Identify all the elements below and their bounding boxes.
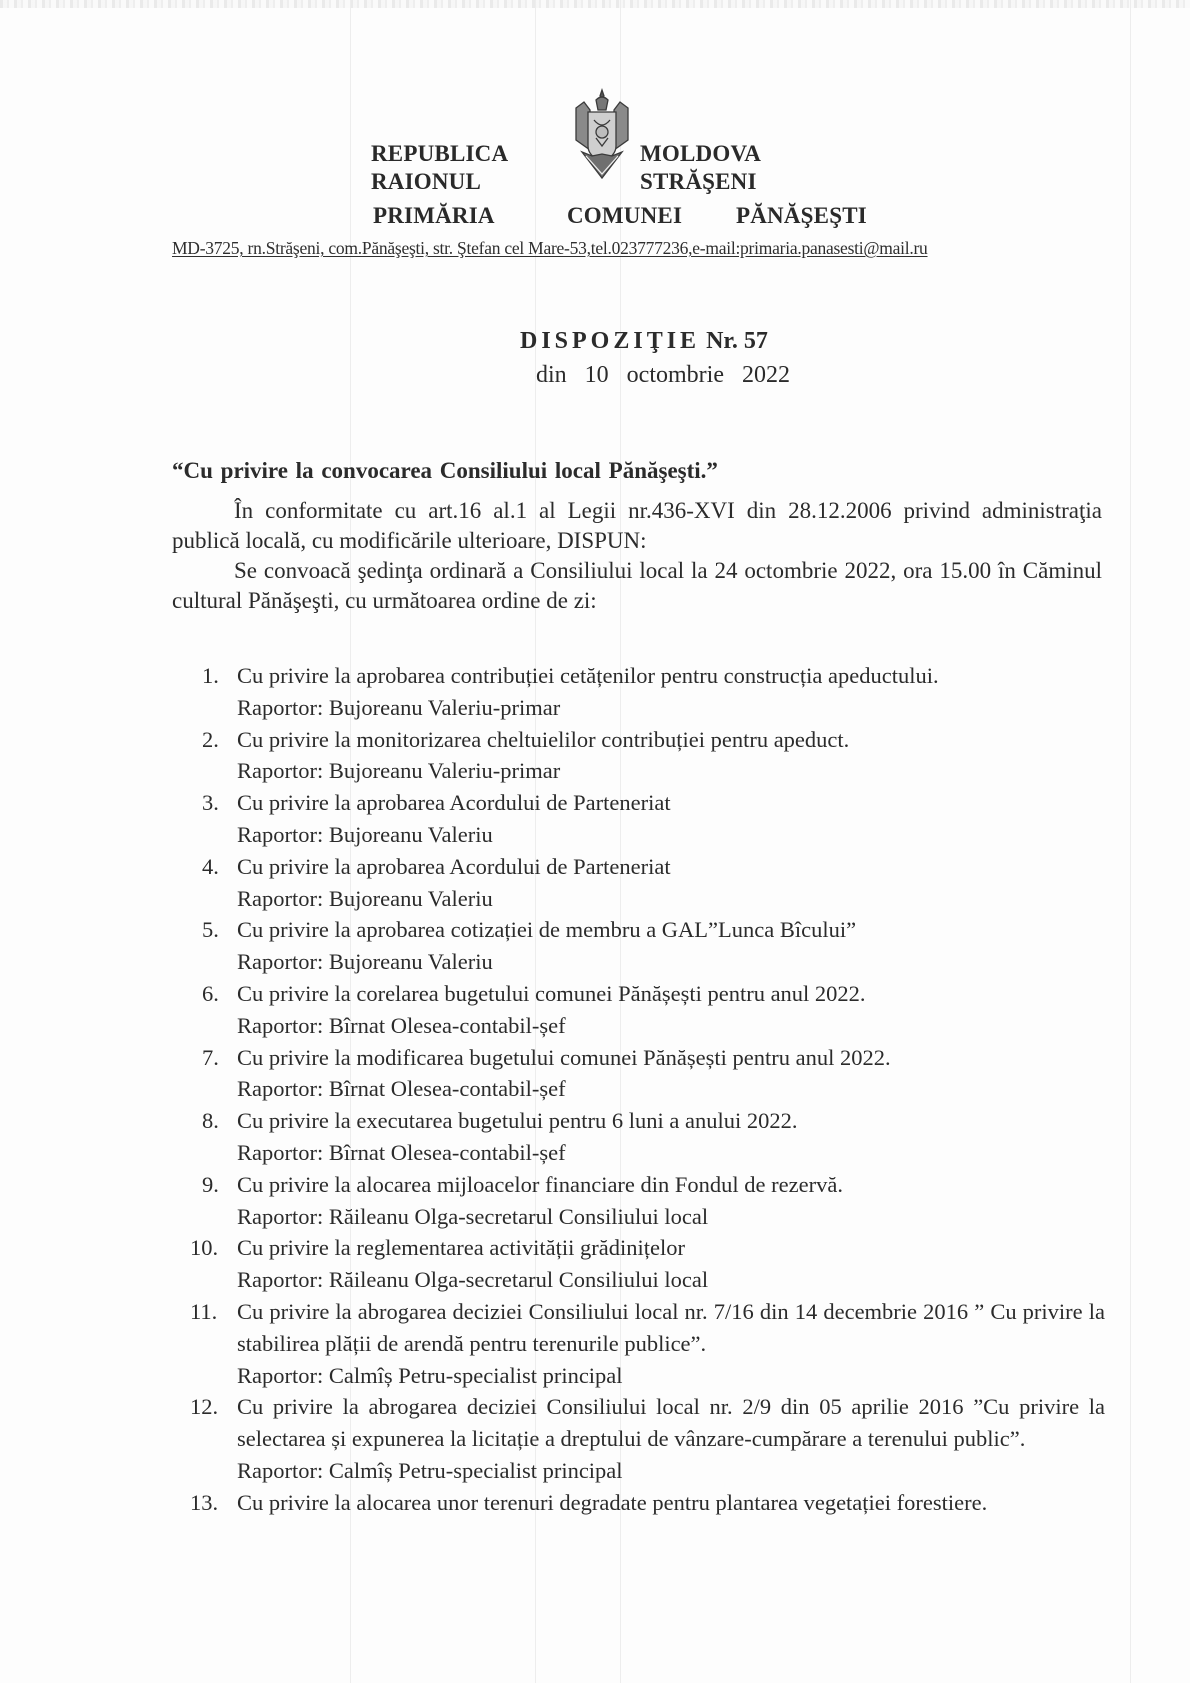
agenda-item-topic: Cu privire la aprobarea Acordului de Par… (237, 787, 1105, 819)
agenda-item-reporter: Raportor: Răileanu Olga-secretarul Consi… (237, 1264, 1105, 1296)
agenda-item-number: 4. (202, 851, 219, 883)
agenda-item-topic: Cu privire la abrogarea deciziei Consili… (237, 1296, 1105, 1360)
agenda-item-number: 5. (202, 914, 219, 946)
agenda-item-number: 10. (190, 1232, 218, 1264)
header-straseni: STRĂŞENI (640, 169, 757, 195)
agenda-item-number: 11. (190, 1296, 217, 1328)
agenda-list: 1.Cu privire la aprobarea contribuției c… (180, 660, 1105, 1519)
agenda-item-reporter: Raportor: Răileanu Olga-secretarul Consi… (237, 1201, 1105, 1233)
coat-of-arms-icon (572, 86, 632, 182)
agenda-item-topic: Cu privire la executarea bugetului pentr… (237, 1105, 1105, 1137)
agenda-item-number: 13. (190, 1487, 218, 1519)
agenda-item-number: 1. (202, 660, 219, 692)
header-republica: REPUBLICA (371, 141, 508, 167)
agenda-item-reporter: Raportor: Bujoreanu Valeriu-primar (237, 692, 1105, 724)
document-number: Nr. 57 (706, 328, 768, 354)
document-page: REPUBLICA MOLDOVA RAIONUL STRĂŞENI PRIMĂ… (0, 0, 1190, 1683)
agenda-item-topic: Cu privire la aprobarea Acordului de Par… (237, 851, 1105, 883)
convocation-paragraph: Se convoacă şedinţa ordinară a Consiliul… (172, 556, 1102, 616)
agenda-item-topic: Cu privire la alocarea mijloacelor finan… (237, 1169, 1105, 1201)
agenda-item-reporter: Raportor: Bîrnat Olesea-contabil-șef (237, 1010, 1105, 1042)
header-raionul: RAIONUL (371, 169, 481, 195)
agenda-item-topic: Cu privire la aprobarea contribuției cet… (237, 660, 1105, 692)
agenda-item-topic: Cu privire la modificarea bugetului comu… (237, 1042, 1105, 1074)
agenda-item: 11.Cu privire la abrogarea deciziei Cons… (180, 1296, 1105, 1391)
agenda-item-reporter: Raportor: Bîrnat Olesea-contabil-șef (237, 1073, 1105, 1105)
agenda-item-number: 7. (202, 1042, 219, 1074)
agenda-item-number: 9. (202, 1169, 219, 1201)
agenda-item: 12.Cu privire la abrogarea deciziei Cons… (180, 1391, 1105, 1486)
agenda-item: 7.Cu privire la modificarea bugetului co… (180, 1042, 1105, 1106)
header-primaria: PRIMĂRIA (373, 203, 495, 229)
agenda-item-reporter: Raportor: Calmîș Petru-specialist princi… (237, 1360, 1105, 1392)
document-subject: “Cu privire la convocarea Consiliului lo… (172, 458, 718, 484)
document-title: DISPOZIŢIENr. 57 (520, 328, 768, 355)
document-date: din 10 octombrie 2022 (536, 362, 790, 389)
agenda-item-topic: Cu privire la alocarea unor terenuri deg… (237, 1487, 1105, 1519)
agenda-item-topic: Cu privire la corelarea bugetului comune… (237, 978, 1105, 1010)
agenda-item: 10.Cu privire la reglementarea activităț… (180, 1232, 1105, 1296)
agenda-item: 9.Cu privire la alocarea mijloacelor fin… (180, 1169, 1105, 1233)
agenda-item-topic: Cu privire la aprobarea cotizației de me… (237, 914, 1105, 946)
agenda-item-reporter: Raportor: Bujoreanu Valeriu (237, 883, 1105, 915)
agenda-item: 5.Cu privire la aprobarea cotizației de … (180, 914, 1105, 978)
legal-basis-paragraph: În conformitate cu art.16 al.1 al Legii … (172, 496, 1102, 556)
header-panasesti: PĂNĂŞEŞTI (736, 203, 867, 229)
agenda-item-topic: Cu privire la abrogarea deciziei Consili… (237, 1391, 1105, 1455)
agenda-item-topic: Cu privire la monitorizarea cheltuielilo… (237, 724, 1105, 756)
agenda-item: 1.Cu privire la aprobarea contribuției c… (180, 660, 1105, 724)
document-type: DISPOZIŢIE (520, 328, 700, 354)
scan-artifact (1130, 0, 1131, 1683)
agenda-item: 13.Cu privire la alocarea unor terenuri … (180, 1487, 1105, 1519)
agenda-item-number: 6. (202, 978, 219, 1010)
agenda-item-reporter: Raportor: Bujoreanu Valeriu (237, 946, 1105, 978)
agenda-item: 4.Cu privire la aprobarea Acordului de P… (180, 851, 1105, 915)
scan-artifact (0, 0, 1190, 8)
agenda-item-number: 8. (202, 1105, 219, 1137)
agenda-item-reporter: Raportor: Bujoreanu Valeriu-primar (237, 755, 1105, 787)
agenda-item-reporter: Raportor: Bîrnat Olesea-contabil-șef (237, 1137, 1105, 1169)
header-comunei: COMUNEI (567, 203, 682, 229)
agenda-item-topic: Cu privire la reglementarea activității … (237, 1232, 1105, 1264)
agenda-item: 2.Cu privire la monitorizarea cheltuieli… (180, 724, 1105, 788)
agenda-item-number: 3. (202, 787, 219, 819)
agenda-item-reporter: Raportor: Calmîș Petru-specialist princi… (237, 1455, 1105, 1487)
contact-address: MD-3725, rn.Străşeni, com.Pănăşeşti, str… (172, 238, 928, 259)
agenda-item: 8.Cu privire la executarea bugetului pen… (180, 1105, 1105, 1169)
header-moldova: MOLDOVA (640, 141, 761, 167)
agenda-item-number: 2. (202, 724, 219, 756)
agenda-item-reporter: Raportor: Bujoreanu Valeriu (237, 819, 1105, 851)
agenda-item-number: 12. (190, 1391, 218, 1423)
agenda-item: 6.Cu privire la corelarea bugetului comu… (180, 978, 1105, 1042)
agenda-item: 3.Cu privire la aprobarea Acordului de P… (180, 787, 1105, 851)
